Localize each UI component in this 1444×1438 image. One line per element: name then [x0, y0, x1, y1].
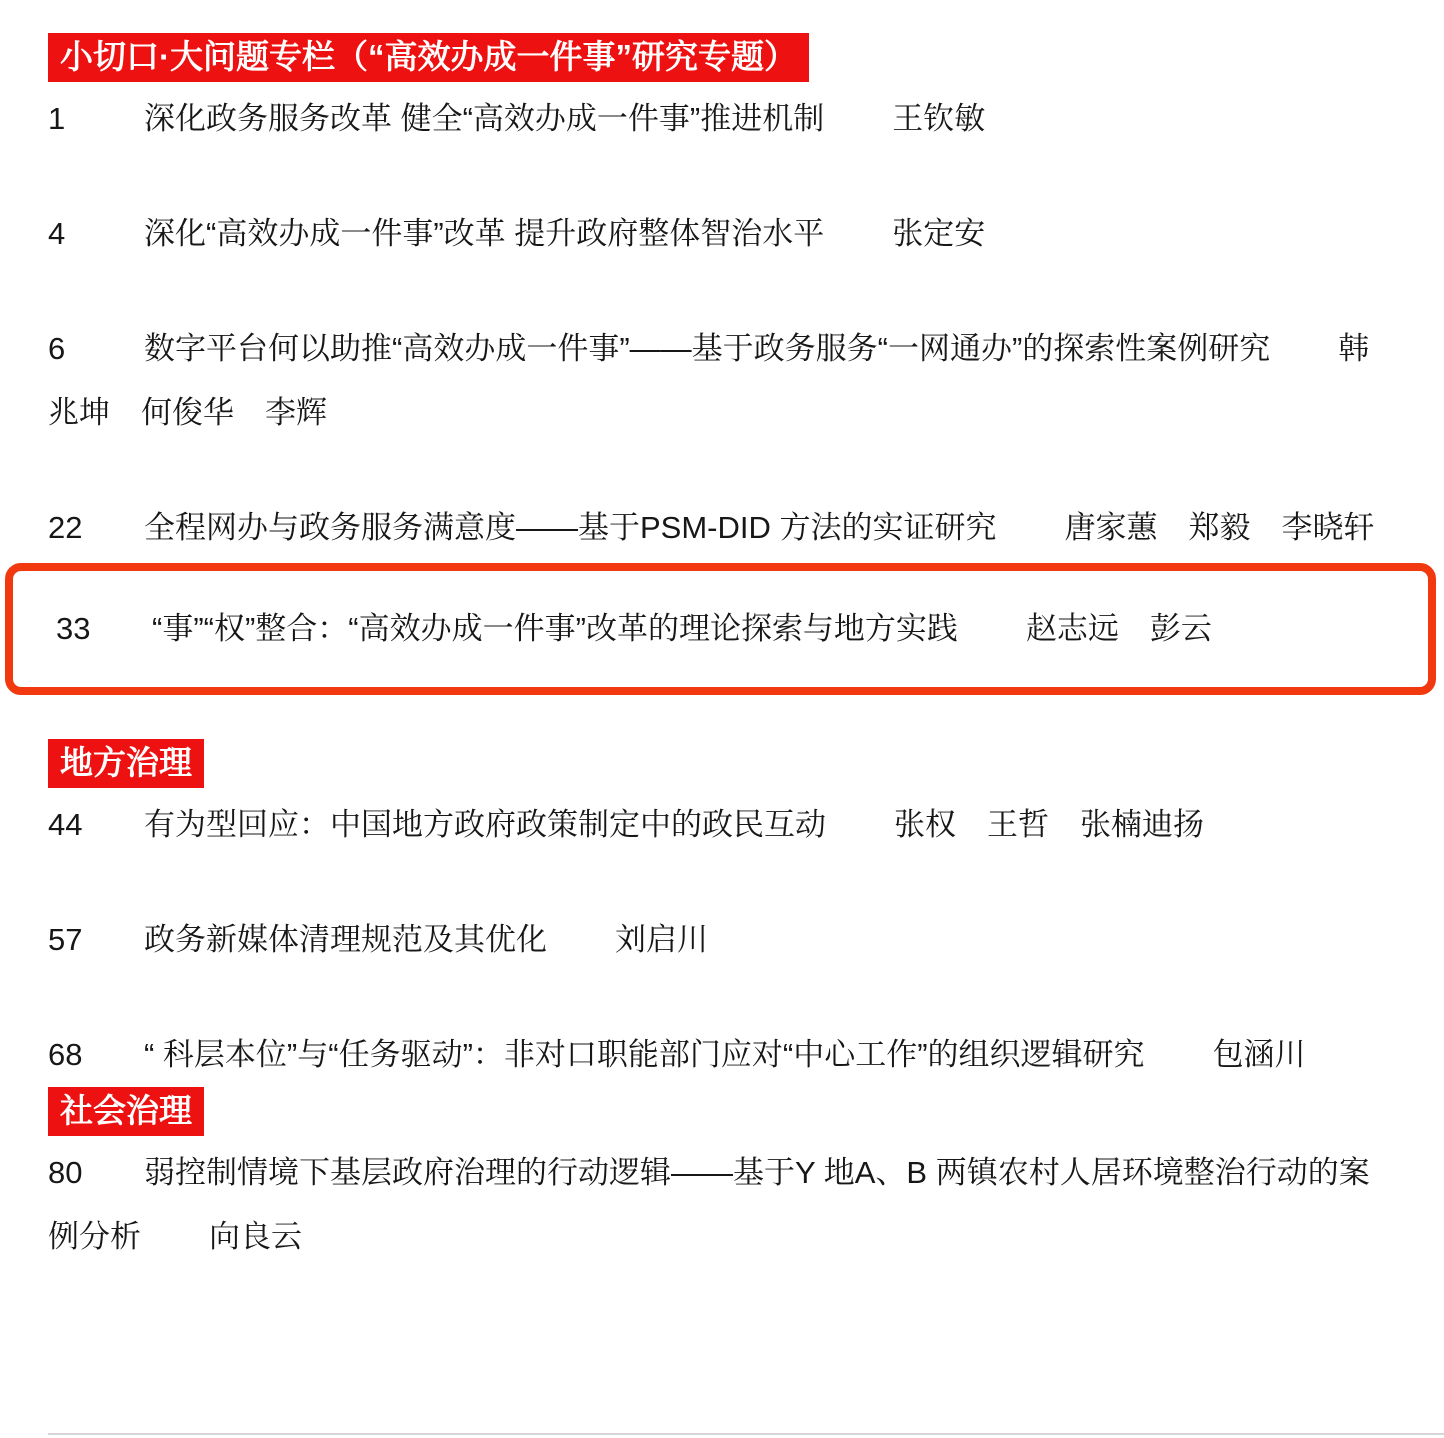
entry-authors: 赵志远 彭云: [1026, 611, 1212, 646]
toc-entry[interactable]: 44有为型回应：中国地方政府政策制定中的政民互动张权 王哲 张楠迪扬: [48, 793, 1396, 857]
section-header-row: 小切口·大问题专栏（“高效办成一件事”研究专题）: [48, 33, 1396, 82]
toc-entry[interactable]: 57政务新媒体清理规范及其优化刘启川: [48, 908, 1396, 972]
journal-toc-page: 小切口·大问题专栏（“高效办成一件事”研究专题） 1深化政务服务改革 健全“高效…: [0, 0, 1444, 1438]
toc-entry[interactable]: 68“ 科层本位”与“任务驱动”：非对口职能部门应对“中心工作”的组织逻辑研究包…: [48, 1023, 1396, 1087]
toc-entry-highlighted[interactable]: 33“事”“权”整合：“高效办成一件事”改革的理论探索与地方实践赵志远 彭云: [5, 563, 1436, 695]
entry-title: 深化政务服务改革 健全“高效办成一件事”推进机制: [144, 101, 824, 136]
entry-page-number: 33: [56, 597, 152, 661]
entry-title: 全程网办与政务服务满意度——基于PSM-DID 方法的实证研究: [144, 510, 997, 545]
entry-authors: 向良云: [209, 1219, 302, 1254]
entry-authors: 唐家蕙 郑毅 李晓轩: [1065, 510, 1375, 545]
entry-authors: 王钦敏: [892, 101, 985, 136]
entry-title: 数字平台何以助推“高效办成一件事”——基于政务服务“一网通办”的探索性案例研究: [144, 331, 1270, 366]
toc-entry[interactable]: 4深化“高效办成一件事”改革 提升政府整体智治水平张定安: [48, 202, 1396, 266]
entry-title: 有为型回应：中国地方政府政策制定中的政民互动: [144, 807, 826, 842]
entry-page-number: 1: [48, 87, 144, 151]
section-local-governance: 地方治理 44有为型回应：中国地方政府政策制定中的政民互动张权 王哲 张楠迪扬 …: [48, 739, 1396, 1087]
entry-page-number: 6: [48, 317, 144, 381]
entry-authors: 刘启川: [615, 922, 708, 957]
entry-authors: 张定安: [892, 216, 985, 251]
section-special-column: 小切口·大问题专栏（“高效办成一件事”研究专题） 1深化政务服务改革 健全“高效…: [48, 33, 1396, 695]
entry-title: “事”“权”整合：“高效办成一件事”改革的理论探索与地方实践: [152, 611, 958, 646]
bottom-divider: [48, 1433, 1444, 1435]
entry-title: 政务新媒体清理规范及其优化: [144, 922, 547, 957]
entry-authors: 包涵川: [1213, 1037, 1306, 1072]
section-header-banner: 小切口·大问题专栏（“高效办成一件事”研究专题）: [48, 33, 809, 82]
entry-page-number: 57: [48, 908, 144, 972]
entry-page-number: 4: [48, 202, 144, 266]
entry-title: 深化“高效办成一件事”改革 提升政府整体智治水平: [144, 216, 824, 251]
entry-page-number: 68: [48, 1023, 144, 1087]
section-social-governance: 社会治理 80弱控制情境下基层政府治理的行动逻辑——基于Y 地A、B 两镇农村人…: [48, 1087, 1396, 1269]
entry-page-number: 80: [48, 1141, 144, 1205]
toc-entry[interactable]: 1深化政务服务改革 健全“高效办成一件事”推进机制王钦敏: [48, 87, 1396, 151]
toc-entry[interactable]: 6数字平台何以助推“高效办成一件事”——基于政务服务“一网通办”的探索性案例研究…: [48, 317, 1396, 445]
entry-authors: 张权 王哲 张楠迪扬: [894, 807, 1204, 842]
entry-page-number: 22: [48, 496, 144, 560]
section-header-row: 地方治理: [48, 739, 1396, 788]
toc-entry[interactable]: 22全程网办与政务服务满意度——基于PSM-DID 方法的实证研究唐家蕙 郑毅 …: [48, 496, 1396, 560]
section-header-banner: 社会治理: [48, 1087, 204, 1136]
entry-page-number: 44: [48, 793, 144, 857]
toc-entry[interactable]: 80弱控制情境下基层政府治理的行动逻辑——基于Y 地A、B 两镇农村人居环境整治…: [48, 1141, 1396, 1269]
section-header-banner: 地方治理: [48, 739, 204, 788]
section-header-row: 社会治理: [48, 1087, 1396, 1136]
entry-title: “ 科层本位”与“任务驱动”：非对口职能部门应对“中心工作”的组织逻辑研究: [144, 1037, 1145, 1072]
